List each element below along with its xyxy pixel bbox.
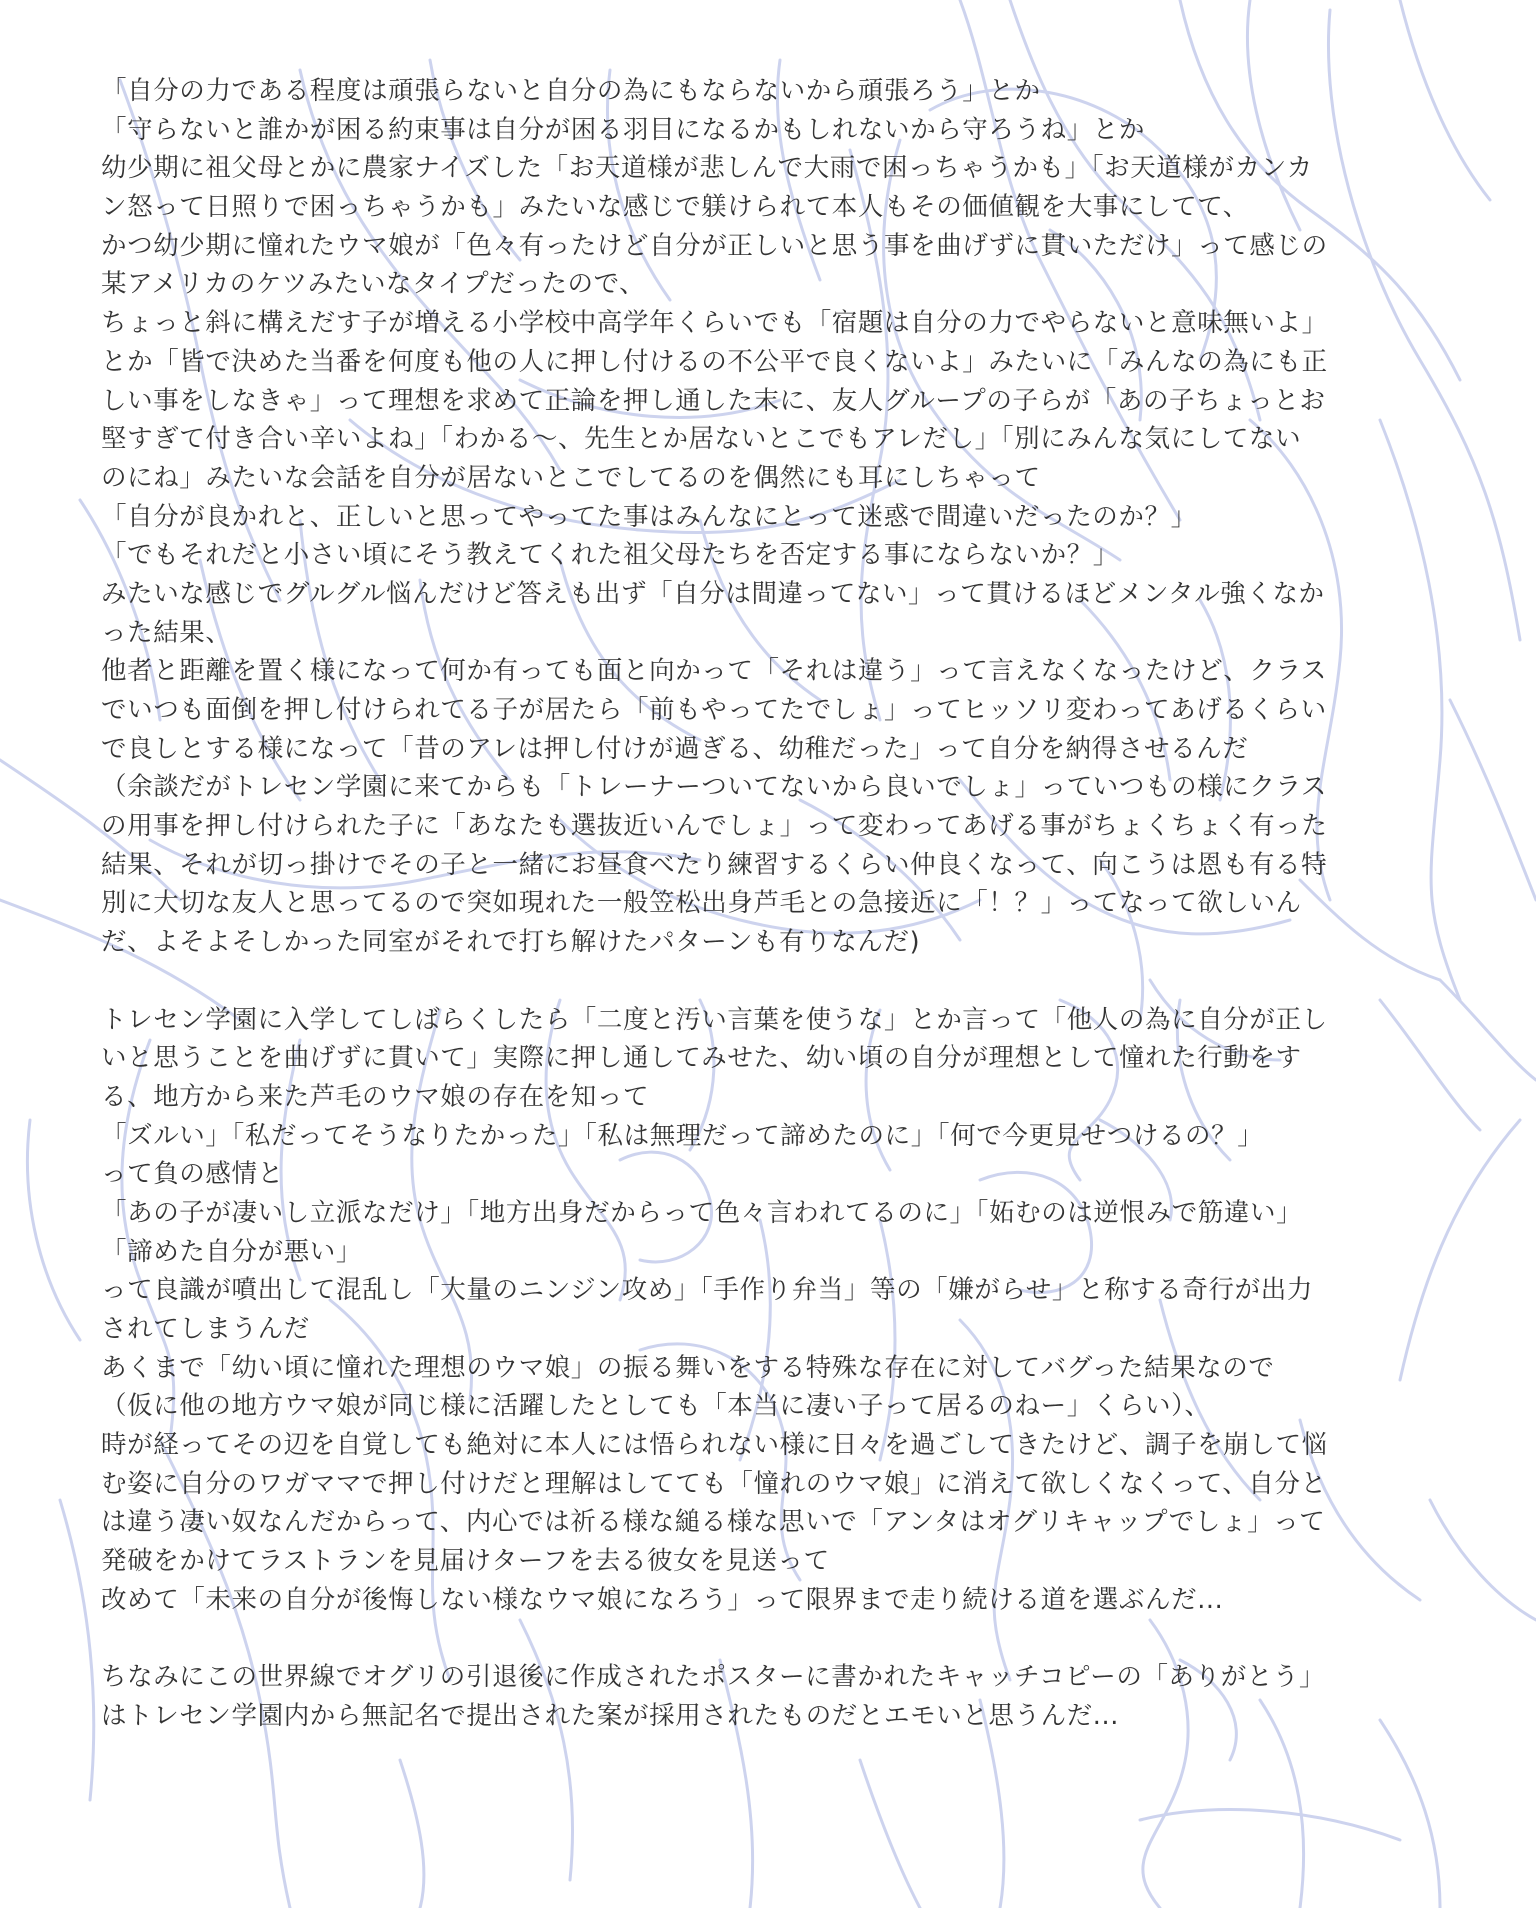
text-line: （余談だがトレセン学園に来てからも「トレーナーついてないから良いでしょ」っていつ…: [101, 768, 1401, 807]
text-line: ちなみにこの世界線でオグリの引退後に作成されたポスターに書かれたキャッチコピーの…: [101, 1658, 1401, 1697]
text-line: って良識が噴出して混乱し「大量のニンジン攻め」「手作り弁当」等の「嫌がらせ」と称…: [101, 1271, 1401, 1310]
text-line: 他者と距離を置く様になって何か有っても面と向かって「それは違う」って言えなくなっ…: [101, 652, 1401, 691]
text-line: は違う凄い奴なんだからって、内心では祈る様な縋る様な思いで「アンタはオグリキャッ…: [101, 1503, 1401, 1542]
text-line: のにね」みたいな会話を自分が居ないとこでしてるのを偶然にも耳にしちゃって: [101, 459, 1401, 498]
text-line: とか「皆で決めた当番を何度も他の人に押し付けるの不公平で良くないよ」みたいに「み…: [101, 343, 1401, 382]
paragraph-spacer: [101, 962, 1401, 1001]
text-line: みたいな感じでグルグル悩んだけど答えも出ず「自分は間違ってない」って貫けるほどメ…: [101, 575, 1401, 614]
text-line: だ、よそよそしかった同室がそれで打ち解けたパターンも有りなんだ): [101, 923, 1401, 962]
text-line: 「守らないと誰かが困る約束事は自分が困る羽目になるかもしれないから守ろうね」とか: [101, 111, 1401, 150]
text-line: 別に大切な友人と思ってるので突如現れた一般笠松出身芦毛との急接近に「！？」ってな…: [101, 884, 1401, 923]
text-line: 改めて「未来の自分が後悔しない様なウマ娘になろう」って限界まで走り続ける道を選ぶ…: [101, 1581, 1401, 1620]
text-line: 幼少期に祖父母とかに農家ナイズした「お天道様が悲しんで大雨で困っちゃうかも」「お…: [101, 149, 1401, 188]
text-line: （仮に他の地方ウマ娘が同じ様に活躍したとしても「本当に凄い子って居るのねー」くら…: [101, 1387, 1401, 1426]
text-line: 「あの子が凄いし立派なだけ」「地方出身だからって色々言われてるのに」「妬むのは逆…: [101, 1194, 1401, 1233]
text-line: 時が経ってその辺を自覚しても絶対に本人には悟られない様に日々を過ごしてきたけど、…: [101, 1426, 1401, 1465]
paragraph-2: トレセン学園に入学してしばらくしたら「二度と汚い言葉を使うな」とか言って「他人の…: [101, 1001, 1401, 1620]
text-line: る、地方から来た芦毛のウマ娘の存在を知って: [101, 1078, 1401, 1117]
text-line: 「でもそれだと小さい頃にそう教えてくれた祖父母たちを否定する事にならないか？」: [101, 536, 1401, 575]
text-line: 「自分の力である程度は頑張らないと自分の為にもならないから頑張ろう」とか: [101, 72, 1401, 111]
text-line: 結果、それが切っ掛けでその子と一緒にお昼食べたり練習するくらい仲良くなって、向こ…: [101, 846, 1401, 885]
text-line: で良しとする様になって「昔のアレは押し付けが過ぎる、幼稚だった」って自分を納得さ…: [101, 730, 1401, 769]
text-line: いと思うことを曲げずに貫いて」実際に押し通してみせた、幼い頃の自分が理想として憧…: [101, 1039, 1401, 1078]
text-line: ちょっと斜に構えだす子が増える小学校中高学年くらいでも「宿題は自分の力でやらない…: [101, 304, 1401, 343]
text-line: む姿に自分のワガママで押し付けだと理解はしてても「憧れのウマ娘」に消えて欲しくな…: [101, 1465, 1401, 1504]
document-body: 「自分の力である程度は頑張らないと自分の為にもならないから頑張ろう」とか 「守ら…: [101, 72, 1401, 1736]
text-line: 堅すぎて付き合い辛いよね」「わかる〜、先生とか居ないとこでもアレだし」「別にみん…: [101, 420, 1401, 459]
text-line: 発破をかけてラストランを見届けターフを去る彼女を見送って: [101, 1542, 1401, 1581]
text-line: トレセン学園に入学してしばらくしたら「二度と汚い言葉を使うな」とか言って「他人の…: [101, 1001, 1401, 1040]
text-line: はトレセン学園内から無記名で提出された案が採用されたものだとエモいと思うんだ..…: [101, 1697, 1401, 1736]
text-line: されてしまうんだ: [101, 1310, 1401, 1349]
text-line: 「自分が良かれと、正しいと思ってやってた事はみんなにとって迷惑で間違いだったのか…: [101, 498, 1401, 537]
text-line: でいつも面倒を押し付けられてる子が居たら「前もやってたでしょ」ってヒッソリ変わっ…: [101, 691, 1401, 730]
text-line: の用事を押し付けられた子に「あなたも選抜近いんでしょ」って変わってあげる事がちょ…: [101, 807, 1401, 846]
text-line: った結果、: [101, 614, 1401, 653]
text-line: しい事をしなきゃ」って理想を求めて正論を押し通した末に、友人グループの子らが「あ…: [101, 382, 1401, 421]
text-line: あくまで「幼い頃に憧れた理想のウマ娘」の振る舞いをする特殊な存在に対してバグった…: [101, 1349, 1401, 1388]
text-line: ン怒って日照りで困っちゃうかも」みたいな感じで躾けられて本人もその価値観を大事に…: [101, 188, 1401, 227]
text-line: かつ幼少期に憧れたウマ娘が「色々有ったけど自分が正しいと思う事を曲げずに貫いただ…: [101, 227, 1401, 266]
text-line: 某アメリカのケツみたいなタイプだったので、: [101, 265, 1401, 304]
text-line: 「諦めた自分が悪い」: [101, 1233, 1401, 1272]
text-line: って負の感情と: [101, 1155, 1401, 1194]
text-line: 「ズルい」「私だってそうなりたかった」「私は無理だって諦めたのに」「何で今更見せ…: [101, 1117, 1401, 1156]
paragraph-1: 「自分の力である程度は頑張らないと自分の為にもならないから頑張ろう」とか 「守ら…: [101, 72, 1401, 962]
paragraph-3: ちなみにこの世界線でオグリの引退後に作成されたポスターに書かれたキャッチコピーの…: [101, 1658, 1401, 1735]
paragraph-spacer: [101, 1620, 1401, 1659]
